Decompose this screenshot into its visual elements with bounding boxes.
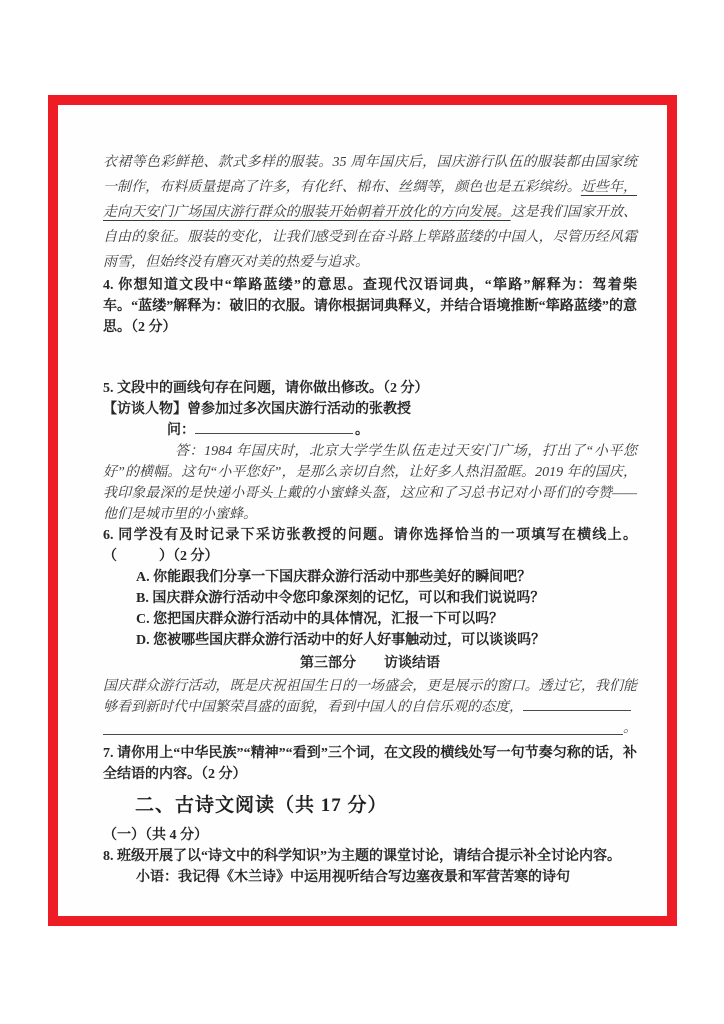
exam-page-content: 衣裙等色彩鲜艳、款式多样的服装。35 周年国庆后，国庆游行队伍的服装都由国家统一… (58, 105, 667, 916)
question-4: 4. 你想知道文段中“筚路蓝缕”的意思。查现代汉语词典，“筚路”解释为：驾着柴车… (103, 275, 637, 338)
question-6: 6. 同学没有及时记录下采访张教授的问题。请你选择恰当的一项填写在横线上。（ ）… (103, 525, 637, 567)
closing-paragraph: 国庆群众游行活动，既是庆祝祖国生日的一场盛会，更是展示的窗口。透过它，我们能够看… (103, 676, 637, 718)
question-4-answer-space (103, 338, 637, 378)
option-b: B. 国庆群众游行活动中令您印象深刻的记忆，可以和我们说说吗？ (136, 588, 637, 609)
section-2-heading: 二、古诗文阅读（共 17 分） (135, 792, 637, 820)
closing-blank-line: 。 (103, 718, 637, 739)
closing-blank-rule (103, 721, 623, 735)
interview-question-blank (195, 420, 353, 434)
subsection-1-label: （一）（共 4 分） (103, 825, 637, 846)
costume-paragraph-pre: 衣裙等色彩鲜艳、款式多样的服装。35 周年国庆后，国庆游行队伍的服装都由国家统一… (103, 155, 637, 195)
option-d: D. 您被哪些国庆群众游行活动中的好人好事触动过，可以谈谈吗？ (136, 630, 637, 651)
option-a: A. 你能跟我们分享一下国庆群众游行活动中那些美好的瞬间吧？ (136, 567, 637, 588)
question-8: 8. 班级开展了以“诗文中的科学知识”为主题的课堂讨论，请结合提示补全讨论内容。 (103, 846, 637, 867)
ask-label: 问： (167, 423, 195, 438)
question-7: 7. 请你用上“中华民族”“精神”“看到”三个词，在文段的横线处写一句节奏匀称的… (103, 743, 637, 785)
option-c: C. 您把国庆群众游行活动中的具体情况，汇报一下可以吗？ (136, 609, 637, 630)
interview-answer-paragraph: 答：1984 年国庆时，北京大学学生队伍走过天安门广场，打出了“小平您好”的横幅… (103, 441, 637, 525)
part3-heading: 第三部分 访谈结语 (103, 653, 637, 674)
interviewee-line: 【访谈人物】曾参加过多次国庆游行活动的张教授 (103, 399, 637, 420)
question-5: 5. 文段中的画线句存在问题，请你做出修改。（2 分） (103, 378, 637, 399)
ask-end-punctuation: 。 (355, 423, 369, 438)
closing-end-punctuation: 。 (623, 718, 637, 739)
exam-page-red-frame: 衣裙等色彩鲜艳、款式多样的服装。35 周年国庆后，国庆游行队伍的服装都由国家统一… (48, 95, 677, 926)
interview-question-line: 问：。 (167, 420, 637, 441)
closing-inline-blank (523, 697, 631, 711)
costume-paragraph: 衣裙等色彩鲜艳、款式多样的服装。35 周年国庆后，国庆游行队伍的服装都由国家统一… (103, 150, 637, 275)
xiaoyu-line: 小语：我记得《木兰诗》中运用视听结合写边塞夜景和军营苦寒的诗句 (136, 867, 637, 888)
